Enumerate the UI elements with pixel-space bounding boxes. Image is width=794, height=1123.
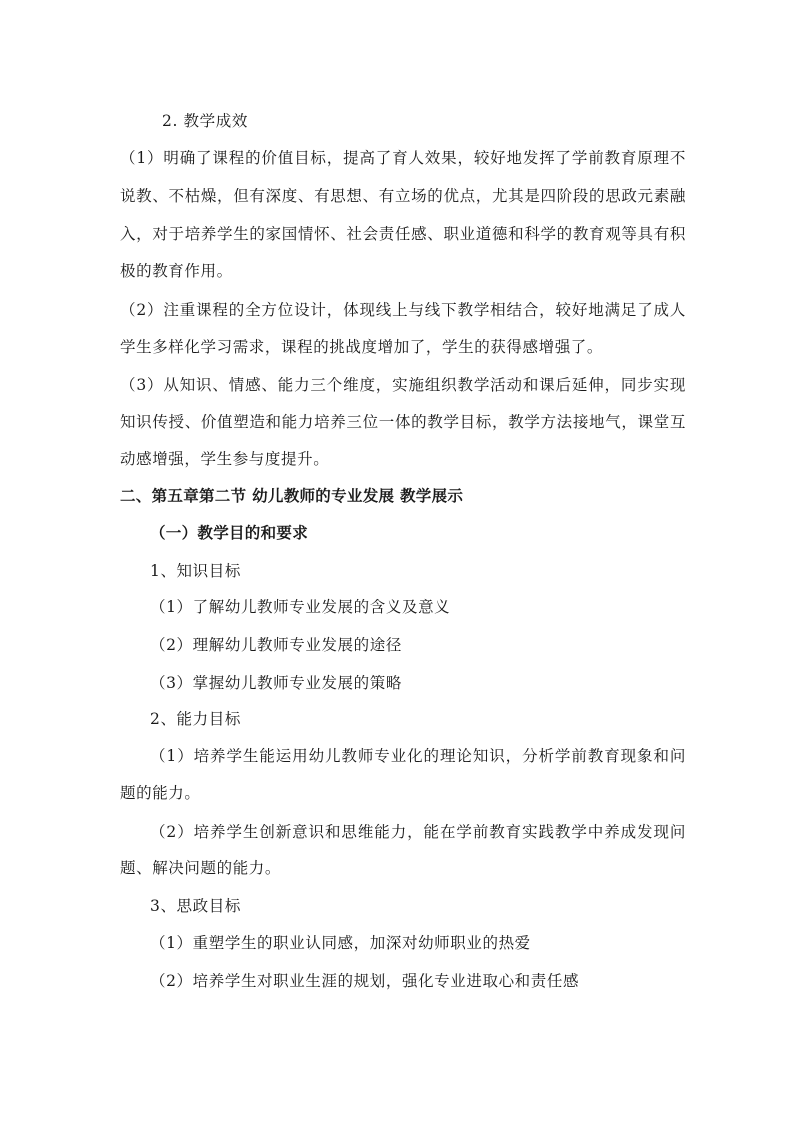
paragraph-line: 题的能力。 [120, 783, 686, 803]
list-item: （3）掌握幼儿教师专业发展的策略 [150, 673, 716, 693]
paragraph-line: 极的教育作用。 [120, 261, 686, 281]
paragraph-line: 说教、不枯燥，但有深度、有思想、有立场的优点，尤其是四阶段的思政元素融 [120, 186, 686, 206]
paragraph-line: 入，对于培养学生的家国情怀、社会责任感、职业道德和科学的教育观等具有积 [120, 224, 686, 244]
paragraph-line: （1）明确了课程的价值目标，提高了育人效果，较好地发挥了学前教育原理不 [120, 148, 686, 168]
paragraph-line: （3）从知识、情感、能力三个维度，实施组织教学活动和课后延伸，同步实现 [120, 375, 686, 395]
paragraph-line: 学生多样化学习需求，课程的挑战度增加了，学生的获得感增强了。 [120, 337, 686, 357]
paragraph-line: （1）培养学生能运用幼儿教师专业化的理论知识，分析学前教育现象和问 [150, 746, 686, 766]
list-item: （2）培养学生对职业生涯的规划，强化专业进取心和责任感 [150, 971, 716, 991]
knowledge-goal-title: 1、知识目标 [150, 561, 716, 581]
subsection-heading: （一）教学目的和要求 [150, 523, 716, 543]
paragraph-line: （2）培养学生创新意识和思维能力，能在学前教育实践教学中养成发现问 [150, 822, 686, 842]
section-heading-teaching-results: 2. 教学成效 [162, 111, 728, 131]
ability-goal-title: 2、能力目标 [150, 709, 716, 729]
paragraph-line: 题、解决问题的能力。 [120, 858, 686, 878]
document-page: 2. 教学成效 （1）明确了课程的价值目标，提高了育人效果，较好地发挥了学前教育… [0, 0, 794, 1123]
chapter-heading: 二、第五章第二节 幼儿教师的专业发展 教学展示 [120, 486, 686, 506]
paragraph-line: （2）注重课程的全方位设计，体现线上与线下教学相结合，较好地满足了成人 [120, 300, 686, 320]
list-item: （1）了解幼儿教师专业发展的含义及意义 [150, 597, 716, 617]
paragraph-line: 知识传授、价值塑造和能力培养三位一体的教学目标，教学方法接地气，课堂互 [120, 412, 686, 432]
ideology-goal-title: 3、思政目标 [150, 896, 716, 916]
paragraph-line: 动感增强，学生参与度提升。 [120, 449, 686, 469]
list-item: （2）理解幼儿教师专业发展的途径 [150, 635, 716, 655]
list-item: （1）重塑学生的职业认同感，加深对幼师职业的热爱 [150, 933, 716, 953]
